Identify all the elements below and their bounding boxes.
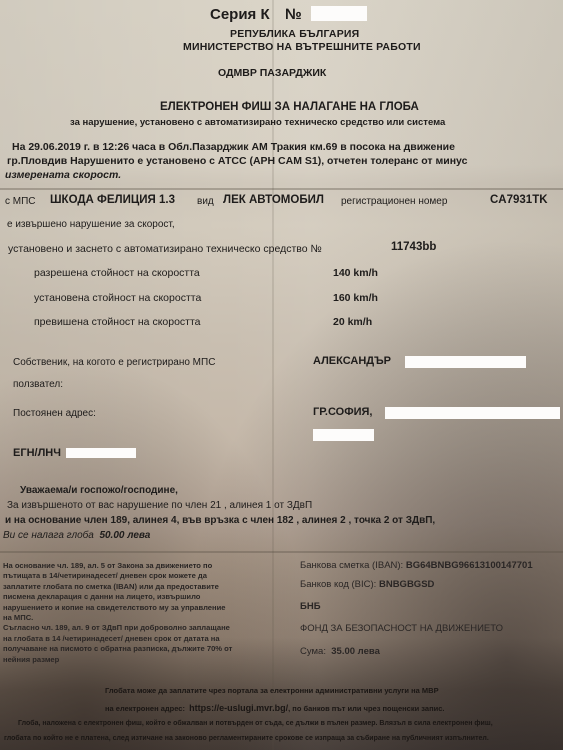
department-heading: ОДМВР ПАЗАРДЖИК xyxy=(218,67,326,79)
egn-label: ЕГН/ЛНЧ xyxy=(13,447,61,459)
owner-label: Собственик, на когото е регистрирано МПС xyxy=(13,357,215,368)
redacted-address-2 xyxy=(313,429,374,441)
reg-number: CA7931TK xyxy=(490,194,548,206)
legal-notes: На основание чл. 189, ал. 5 от Закона за… xyxy=(3,561,235,665)
salutation: Уважаема/и госпожо/господине, xyxy=(20,485,178,496)
bank-name: БНБ xyxy=(300,601,321,612)
owner-address: ГР.СОФИЯ, xyxy=(313,406,372,418)
redacted-address xyxy=(385,407,560,419)
note-paragraph-1: На основание чл. 189, ал. 5 от Закона за… xyxy=(3,561,235,623)
vehicle-prefix: с МПС xyxy=(5,196,36,207)
footer-line-2-rest: , по банков път или чрез пощенски запис. xyxy=(288,704,444,713)
owner-label-2: ползвател: xyxy=(13,379,63,390)
device-number: 11743bb xyxy=(391,241,436,253)
bic-label: Банков код (BIC): xyxy=(300,579,376,590)
incident-line-2: гр.Пловдив Нарушенито е установено с АТС… xyxy=(7,155,467,167)
fine-label: Ви се налага глоба xyxy=(3,530,94,541)
paper-fold xyxy=(0,188,563,190)
redacted-owner-surname xyxy=(405,356,526,368)
vehicle-model: ШКОДА ФЕЛИЦИЯ 1.3 xyxy=(50,194,175,206)
document-subtitle: за нарушение, установено с автоматизиран… xyxy=(70,117,445,128)
article-line-2: и на основание член 189, алинея 4, във в… xyxy=(5,515,435,526)
number-label: № xyxy=(285,6,302,23)
document-title: ЕЛЕКТРОНЕН ФИШ ЗА НАЛАГАНЕ НА ГЛОБА xyxy=(160,101,419,113)
speed-exceeded-label: превишена стойност на скоростта xyxy=(34,316,201,328)
footer-line-3: Глоба, наложена с електронен фиш, който … xyxy=(18,720,493,727)
footer-url: https://e-uslugi.mvr.bg/ xyxy=(189,703,288,713)
violation-text: е извършено нарушение за скорост, xyxy=(7,219,175,230)
vehicle-kind-label: вид xyxy=(197,196,214,207)
speed-exceeded-value: 20 km/h xyxy=(333,316,372,328)
article-line-1: За извършеното от вас нарушение по член … xyxy=(7,500,312,511)
ministry-heading: МИНИСТЕРСТВО НА ВЪТРЕШНИТЕ РАБОТИ xyxy=(183,41,421,53)
iban-label: Банкова сметка (IBAN): xyxy=(300,560,403,571)
bic-value: BNBGBGSD xyxy=(379,579,434,590)
sum-label: Сума: xyxy=(300,646,326,657)
beneficiary: ФОНД ЗА БЕЗОПАСНОСТ НА ДВИЖЕНИЕТО xyxy=(300,623,503,634)
fine-statement: Ви се налага глоба 50.00 лева xyxy=(3,530,150,541)
paper-fold xyxy=(0,551,563,553)
fine-amount: 50.00 лева xyxy=(99,530,150,541)
redacted-number xyxy=(311,6,367,21)
footer-address-label: на електронен адрес: xyxy=(105,704,185,713)
device-label: установено и заснето с автоматизирано те… xyxy=(8,243,322,255)
owner-name: АЛЕКСАНДЪР xyxy=(313,355,391,367)
series-label: Серия К xyxy=(210,6,270,23)
republic-heading: РЕПУБЛИКА БЪЛГАРИЯ xyxy=(230,28,359,40)
speed-allowed-value: 140 km/h xyxy=(333,267,378,279)
footer-line-1: Глобата може да заплатите чрез портала з… xyxy=(105,686,439,695)
redacted-egn xyxy=(66,448,136,458)
incident-line-3: измерената скорост. xyxy=(5,169,121,181)
vehicle-kind: ЛЕК АВТОМОБИЛ xyxy=(223,194,324,206)
reg-number-label: регистрационен номер xyxy=(341,196,447,207)
speed-measured-value: 160 km/h xyxy=(333,292,378,304)
address-label: Постоянен адрес: xyxy=(13,408,96,419)
footer-line-4: глобата по който не е платена, след изти… xyxy=(4,735,489,742)
iban-value: BG64BNBG96613100147701 xyxy=(406,560,533,571)
incident-line-1: На 29.06.2019 г. в 12:26 часа в Обл.Паза… xyxy=(12,141,455,153)
speed-allowed-label: разрешена стойност на скоростта xyxy=(34,267,200,279)
sum-value: 35.00 лева xyxy=(331,646,380,657)
speed-measured-label: установена стойност на скоростта xyxy=(34,292,201,304)
note-paragraph-2: Съгласно чл. 189, ал. 9 от ЗДвП при добр… xyxy=(3,623,235,665)
